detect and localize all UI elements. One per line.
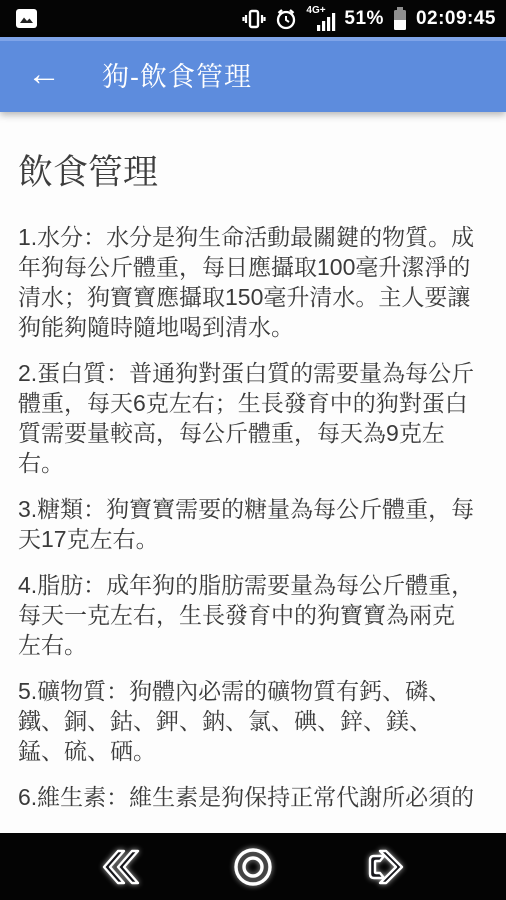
page-title: 狗-飲食管理 (102, 55, 252, 94)
paragraph-vitamins: 6.維生素：維生素是狗保持正常代謝所必須的 (18, 782, 475, 812)
alarm-icon (274, 7, 298, 31)
signal-icon: 4G+ (306, 6, 336, 32)
paragraph-protein: 2.蛋白質：普通狗對蛋白質的需要量為每公斤體重，每天6克左右；生長發育中的狗對蛋… (18, 358, 475, 478)
vibrate-icon (242, 7, 266, 31)
app-bar: ← 狗-飲食管理 (0, 37, 506, 112)
phone-screen: 4G+ 51% 02:09:45 ← 狗-飲食管理 飲食管理 1.水分：水 (0, 0, 506, 900)
status-bar-system-area: 4G+ 51% 02:09:45 (242, 6, 496, 32)
photo-notification-icon (14, 6, 39, 31)
navigation-bar (0, 833, 506, 900)
nav-home-button[interactable] (229, 843, 277, 891)
nav-back-button[interactable] (96, 843, 144, 891)
battery-icon (392, 6, 408, 32)
paragraph-minerals: 5.礦物質：狗體內必需的礦物質有鈣、磷、鐵、銅、鈷、鉀、鈉、氯、碘、鋅、鎂、錳、… (18, 676, 475, 766)
signal-bars-icon (316, 13, 336, 31)
article-content: 飲食管理 1.水分：水分是狗生命活動最關鍵的物質。成年狗每公斤體重，每日應攝取1… (0, 112, 506, 833)
paragraph-water: 1.水分：水分是狗生命活動最關鍵的物質。成年狗每公斤體重，每日應攝取100毫升潔… (18, 222, 475, 342)
paragraph-sugar: 3.糖類：狗寶寶需要的糖量為每公斤體重，每天17克左右。 (18, 494, 475, 554)
paragraph-fat: 4.脂肪：成年狗的脂肪需要量為每公斤體重，每天一克左右，生長發育中的狗寶寶為兩克… (18, 570, 475, 660)
clock-label: 02:09:45 (416, 8, 496, 30)
double-circle-icon (232, 846, 274, 888)
status-bar-notifications (14, 6, 39, 31)
nav-recents-button[interactable] (362, 843, 410, 891)
double-chevron-left-icon (98, 847, 142, 887)
battery-percent-label: 51% (344, 8, 384, 30)
article-heading: 飲食管理 (18, 150, 475, 196)
chevron-box-right-icon (364, 847, 408, 887)
back-arrow-icon[interactable]: ← (24, 55, 64, 95)
status-bar: 4G+ 51% 02:09:45 (0, 0, 506, 37)
